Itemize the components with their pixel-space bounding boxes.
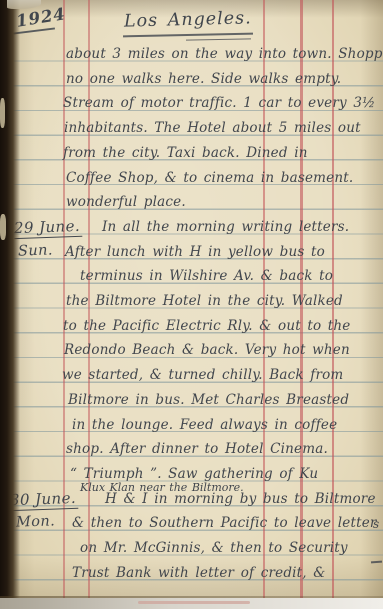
binding-edge [0, 0, 20, 598]
journal-line: terminus in Wilshire Av. & back to [0, 268, 383, 288]
handwritten-text: to the Pacific Electric Rly. & out to th… [63, 318, 350, 334]
journal-line: 29 June.In all the morning writing lette… [0, 219, 383, 239]
journal-line: shop. After dinner to Hotel Cinema. [0, 441, 383, 461]
handwritten-text: Biltmore in bus. Met Charles Breasted [68, 392, 349, 408]
binding-paper-patch [0, 214, 6, 240]
journal-line: inhabitants. The Hotel about 5 miles out [0, 120, 383, 140]
handwritten-text: Coffee Shop, & to cinema in basement. [66, 170, 353, 186]
margin-day-label: Mon. [16, 514, 56, 531]
handwritten-text: Redondo Beach & back. Very hot when [64, 342, 350, 358]
journal-line: we started, & turned chilly. Back from [0, 367, 383, 387]
journal-line: from the city. Taxi back. Dined in [0, 145, 383, 165]
journal-line: about 3 miles on the way into town. Shop… [0, 46, 383, 66]
handwritten-text: shop. After dinner to Hotel Cinema. [66, 441, 328, 457]
journal-line: wonderful place. [0, 194, 383, 214]
handwritten-text: about 3 miles on the way into town. Shop… [66, 46, 383, 62]
journal-line: 30 June.H & I in morning by bus to Biltm… [0, 491, 383, 511]
handwritten-text: no one walks here. Side walks empty. [66, 71, 341, 87]
handwritten-text: Stream of motor traffic. 1 car to every … [63, 95, 375, 111]
handwritten-text: In all the morning writing letters. [102, 219, 349, 235]
journal-line: Sun.After lunch with H in yellow bus to [0, 244, 383, 264]
handwritten-text: & then to Southern Pacific to leave lett… [72, 515, 377, 531]
handwritten-text: “ Triumph ”. Saw gathering of Ku [70, 466, 318, 482]
handwritten-text: in the lounge. Feed always in coffee [72, 417, 337, 433]
journal-line: Stream of motor traffic. 1 car to every … [0, 95, 383, 115]
page-title: Los Angeles. [124, 8, 252, 31]
margin-date-label: 29 June. [14, 217, 83, 239]
next-page-edge [138, 601, 250, 604]
handwritten-text: we started, & turned chilly. Back from [62, 367, 343, 383]
journal-line: Coffee Shop, & to cinema in basement. [0, 170, 383, 190]
handwritten-text: After lunch with H in yellow bus to [65, 244, 325, 260]
journal-line: no one walks here. Side walks empty. [0, 71, 383, 91]
journal-line: Mon.& then to Southern Pacific to leave … [0, 515, 383, 535]
binding-paper-patch [0, 98, 5, 128]
journal-line: in the lounge. Feed always in coffee [0, 417, 383, 437]
handwritten-text: terminus in Wilshire Av. & back to [80, 268, 333, 284]
handwritten-text: the Biltmore Hotel in the city. Walked [66, 293, 343, 309]
journal-line: on Mr. McGinnis, & then to Security [0, 540, 383, 560]
edge-pen-mark: s [373, 517, 379, 531]
margin-day-label: Sun. [18, 242, 53, 259]
handwritten-text: on Mr. McGinnis, & then to Security [80, 540, 348, 556]
notebook-page: 1924 Los Angeles. about 3 miles on the w… [0, 0, 383, 598]
journal-line: Redondo Beach & back. Very hot when [0, 342, 383, 362]
handwritten-text: Trust Bank with letter of credit, & [72, 565, 326, 581]
journal-line: to the Pacific Electric Rly. & out to th… [0, 318, 383, 338]
journal-line: the Biltmore Hotel in the city. Walked [0, 293, 383, 313]
diary-photo: { "page": { "year": "1924", "title": "Lo… [0, 0, 383, 609]
handwritten-text: H & I in morning by bus to Biltmore [105, 491, 376, 507]
handwritten-text: from the city. Taxi back. Dined in [63, 145, 308, 161]
journal-line: Trust Bank with letter of credit, & [0, 565, 383, 585]
handwritten-text: inhabitants. The Hotel about 5 miles out [64, 120, 361, 136]
handwritten-text: wonderful place. [66, 194, 186, 210]
journal-line: Biltmore in bus. Met Charles Breasted [0, 392, 383, 412]
